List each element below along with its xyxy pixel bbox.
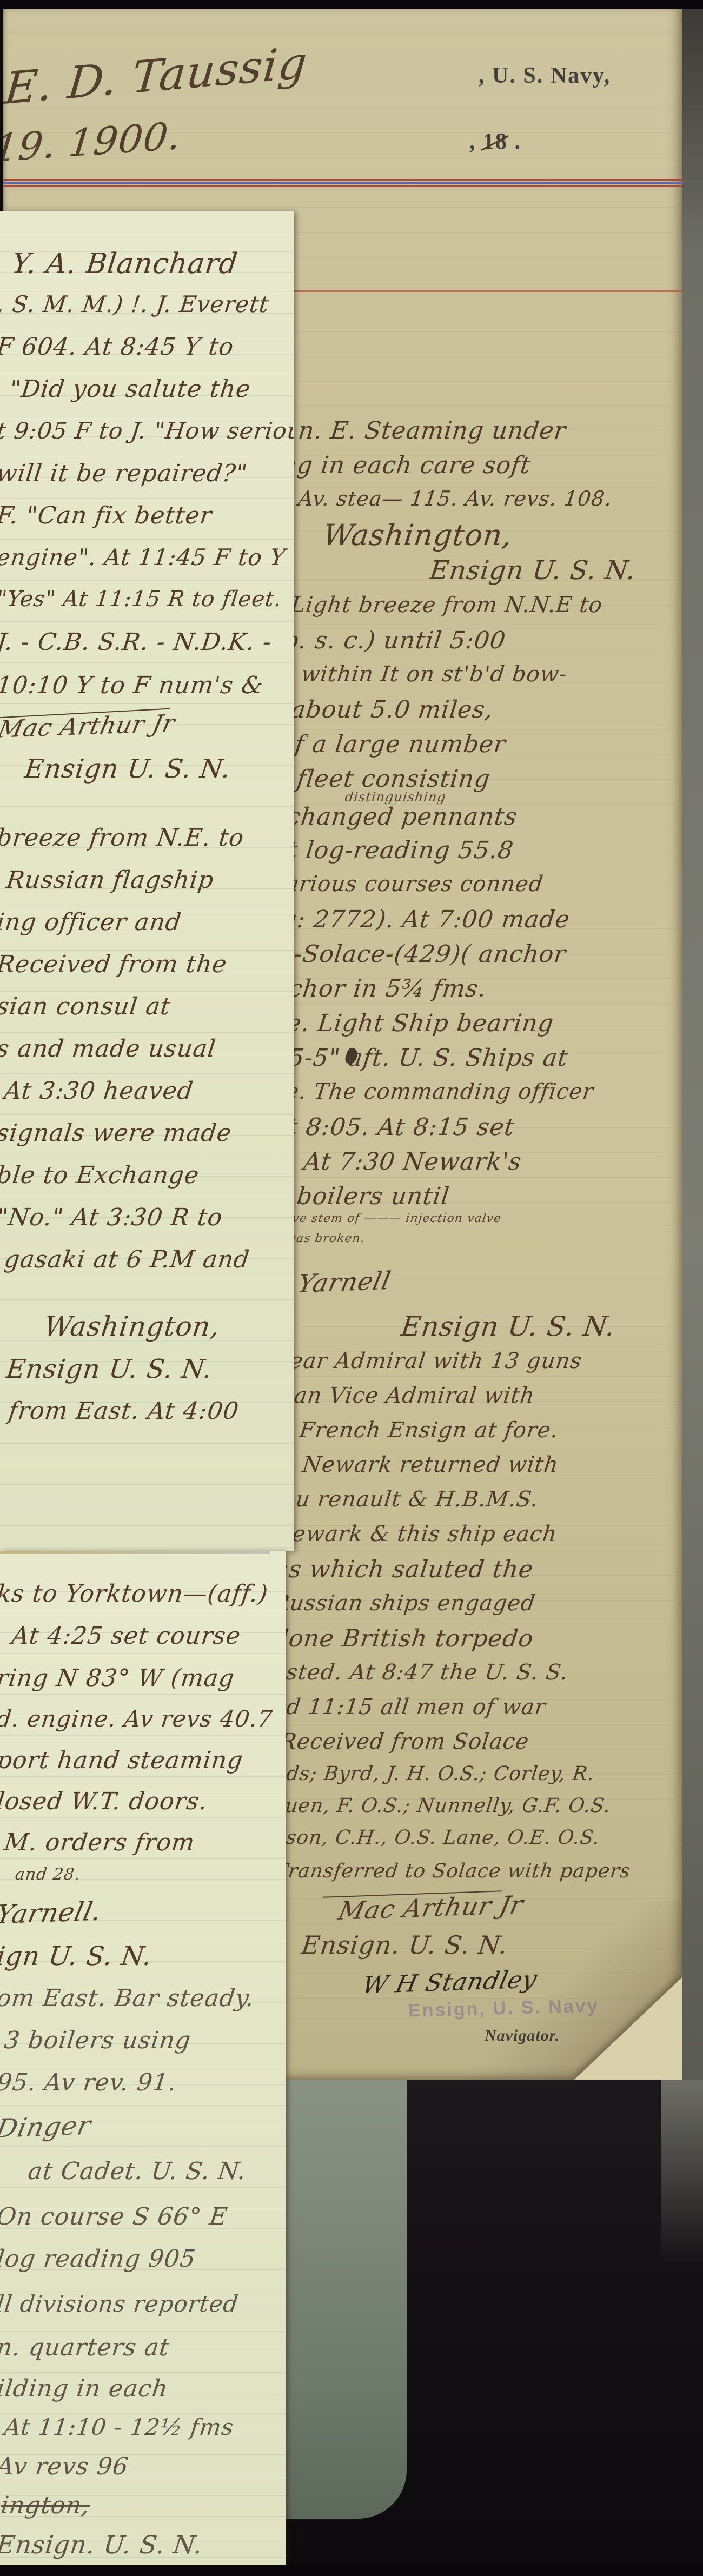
handwritten-line: At 3:30 heaved: [3, 1079, 195, 1103]
handwritten-line: "Yes" At 11:15 R to fleet.: [0, 588, 283, 610]
handwritten-line: ington,: [0, 2494, 91, 2518]
handwritten-line: ing officer and: [0, 911, 183, 934]
handwritten-line: J. - C.B. S.R. - N.D.K. -: [0, 630, 273, 654]
top-border: [0, 0, 703, 9]
handwritten-line: ring N 83° W (mag: [0, 1667, 236, 1690]
handwritten-line: log reading 905: [0, 2247, 197, 2271]
handwritten-line: port hand steaming: [0, 1749, 244, 1772]
handwritten-line: F. "Can fix better: [0, 504, 214, 528]
handwritten-line: om East. Bar steady.: [0, 1987, 256, 2010]
handwritten-line: Ensign U. S. N.: [23, 756, 232, 782]
handwritten-line: Ensign. U. S. N.: [0, 2532, 204, 2557]
red-blue-rule: [3, 179, 682, 187]
handwritten-line: sian consul at: [0, 995, 172, 1019]
handwritten-line: will it be repaired?": [0, 462, 249, 486]
gray-edge-surface: [661, 2080, 703, 2263]
printed-navy-label: , U. S. Navy,: [479, 63, 611, 89]
red-margin-rule: [294, 290, 682, 292]
handwritten-line: At 4:25 set course: [10, 1624, 242, 1648]
handwritten-line: ll divisions reported: [0, 2293, 240, 2315]
handwritten-line: ble to Exchange: [0, 1164, 201, 1187]
printed-number-line: , 18 .: [469, 129, 521, 155]
sage-surface: [277, 2080, 407, 2519]
handwritten-line: On course S 66° E: [0, 2205, 229, 2229]
handwritten-line: from East. At 4:00: [7, 1399, 240, 1423]
handwritten-line: 95. Av rev. 91.: [0, 2071, 178, 2095]
handwritten-line: Received from the: [0, 953, 228, 977]
inset-sheet-1: Y. A. Blanchard, S. M. M.) !. J. Everett…: [0, 211, 294, 1551]
handwritten-line: F 604. At 8:45 Y to: [0, 335, 235, 359]
handwritten-line: t 9:05 F to J. "How serious: [0, 420, 294, 442]
number-prefix: ,: [469, 129, 483, 154]
logbook-photo: E. D. Taussig , U. S. Navy, 19. 1900. , …: [0, 0, 703, 2576]
handwritten-line: Y. A. Blanchard: [10, 250, 240, 278]
handwritten-line: 3 boilers using: [3, 2029, 192, 2053]
handwritten-line: Washington,: [43, 1313, 221, 1340]
signature-flourish: [0, 708, 170, 719]
handwritten-line: breeze from N.E. to: [0, 826, 246, 850]
inset-sheet-2: ks to Yorktown—(aff.)At 4:25 set courser…: [0, 1551, 286, 2576]
handwritten-line: losed W.T. doors.: [0, 1790, 209, 1814]
handwritten-line: 10:10 Y to F num's &: [0, 674, 264, 698]
fold-corner: [574, 1977, 682, 2080]
backing-strip: [682, 9, 703, 2080]
handwritten-line: and 28.: [14, 1867, 81, 1883]
handwritten-line: "No." At 3:30 R to: [0, 1206, 224, 1230]
handwritten-line: gasaki at 6 P.M and: [3, 1248, 251, 1272]
handwritten-line: s and made usual: [0, 1037, 217, 1061]
handwritten-line: at Cadet. U. S. N.: [26, 2160, 247, 2183]
handwritten-line: n. quarters at: [0, 2336, 171, 2360]
handwritten-line: Yarnell.: [0, 1898, 104, 1928]
ink-blot: [343, 1046, 359, 1065]
bottom-border: [0, 2565, 703, 2576]
handwritten-line: Av revs 96: [0, 2455, 130, 2479]
sheet2-lines: ks to Yorktown—(aff.)At 4:25 set courser…: [0, 1551, 286, 2576]
handwritten-line: "Did you salute the: [8, 377, 252, 401]
handwritten-line: ilding in each: [0, 2377, 169, 2401]
handwritten-line: Ensign U. S. N.: [5, 1356, 214, 1382]
handwritten-line: engine". At 11:45 F to Y: [0, 546, 287, 569]
handwritten-line: , S. M. M.) !. J. Everett: [0, 293, 270, 316]
date-script: 19. 1900.: [3, 117, 183, 168]
handwritten-line: Dinger: [0, 2113, 94, 2142]
number-suffix: .: [508, 129, 521, 154]
signature-flourish: [323, 1890, 502, 1898]
handwritten-line: Russian flagship: [5, 868, 215, 892]
handwritten-line: ign U. S. N.: [0, 1943, 154, 1969]
handwritten-line: M. orders from: [3, 1831, 196, 1855]
handwritten-line: At 11:10 - 12½ fms: [3, 2416, 235, 2439]
sheet1-lines: Y. A. Blanchard, S. M. M.) !. J. Everett…: [0, 211, 294, 1551]
handwritten-line: signals were made: [0, 1121, 233, 1145]
struck-year: 18: [483, 129, 508, 155]
handwritten-line: d. engine. Av revs 40.7: [0, 1708, 274, 1730]
handwritten-line: ks to Yorktown—(aff.): [0, 1582, 269, 1606]
